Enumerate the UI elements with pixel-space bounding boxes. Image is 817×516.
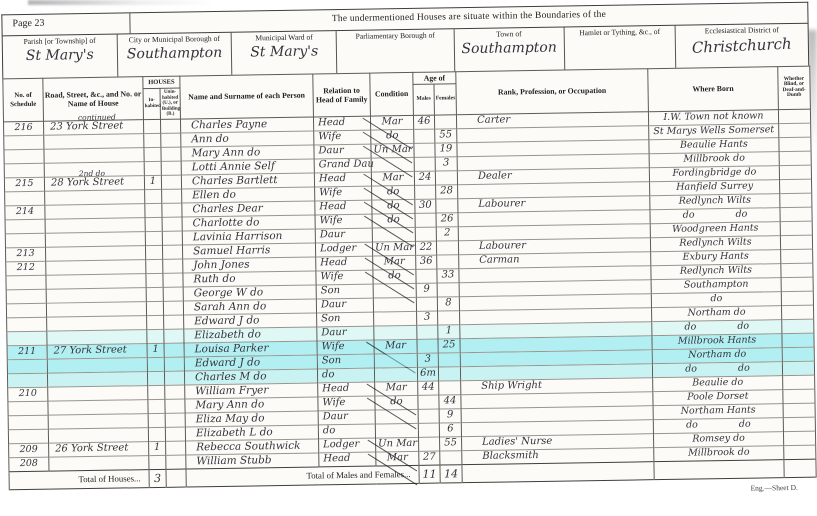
cell-schedule — [7, 373, 47, 388]
cell-uninhabited — [166, 441, 186, 455]
cell-age-female: 55 — [435, 128, 457, 142]
header-disability: Whether Blind, or Deaf-and-Dumb — [778, 66, 811, 109]
cell-condition — [372, 227, 415, 242]
field-municipal-ward: Municipal Ward of St Mary's — [232, 31, 337, 75]
cell-inhabited: 1 — [144, 175, 161, 189]
cell-disability — [781, 249, 813, 264]
cell-condition: Mar — [374, 339, 417, 354]
cell-condition — [374, 367, 417, 382]
field-municipal-borough: City or Municipal Borough of Southampton — [117, 33, 232, 77]
cell-uninhabited — [162, 231, 182, 245]
cell-schedule — [5, 219, 45, 234]
cell-schedule — [8, 429, 48, 444]
cell-age-female: 3 — [435, 156, 457, 170]
cell-disability — [779, 151, 811, 166]
cell-inhabited — [146, 301, 163, 315]
field-label: Town of — [455, 30, 564, 40]
cell-disability — [779, 123, 811, 138]
header-condition: Condition — [370, 72, 414, 115]
cell-condition: do — [372, 213, 415, 228]
cell-condition: Un Mar — [376, 437, 419, 452]
header-inhabited: In-habited — [143, 88, 160, 119]
cell-age-male — [419, 437, 440, 451]
cell-age-female — [438, 352, 460, 366]
cell-disability — [781, 263, 813, 278]
cell-inhabited — [145, 189, 162, 203]
cell-age-male — [414, 129, 435, 143]
cell-condition: Mar — [376, 451, 419, 466]
cell-age-male — [414, 143, 435, 157]
cell-schedule — [6, 275, 46, 290]
cell-relation: Wife — [315, 186, 372, 201]
cell-uninhabited — [164, 343, 184, 357]
cell-schedule: 215 — [4, 177, 44, 192]
cell-uninhabited — [162, 245, 182, 259]
cell-age-male: 9 — [416, 283, 437, 297]
total-houses-label: Total of Houses... — [9, 469, 149, 489]
cell-age-male: 3 — [417, 353, 438, 367]
cell-uninhabited — [163, 273, 183, 287]
census-rows: 21623 York StreetcontinuedCharles PayneH… — [3, 109, 815, 472]
total-males-value: 11 — [419, 465, 440, 483]
cell-age-female — [440, 450, 462, 464]
cell-schedule — [6, 303, 46, 318]
cell-age-male: 6m — [417, 367, 438, 381]
cell-condition — [375, 423, 418, 438]
cell-inhabited — [147, 329, 164, 343]
empty-cell — [784, 459, 816, 478]
cell-disability — [784, 445, 816, 460]
cell-schedule — [7, 359, 47, 374]
cell-uninhabited — [163, 259, 183, 273]
field-value: Southampton — [118, 44, 232, 62]
cell-disability — [783, 375, 815, 390]
cell-schedule — [8, 415, 48, 430]
cell-age-female — [435, 170, 457, 184]
cell-schedule — [5, 233, 45, 248]
cell-inhabited — [148, 385, 165, 399]
cell-schedule: 213 — [5, 247, 45, 262]
cell-age-female: 33 — [437, 268, 459, 282]
cell-inhabited — [143, 119, 160, 133]
cell-condition — [374, 353, 417, 368]
house-note: continued — [78, 113, 116, 121]
empty-cell — [166, 469, 186, 487]
cell-inhabited — [145, 217, 162, 231]
header-schedule: No. of Schedule — [3, 78, 44, 121]
field-parish: Parish [or Township] of St Mary's — [3, 35, 118, 79]
field-parliamentary-borough: Parliamentary Borough of — [337, 29, 455, 73]
cell-schedule — [4, 149, 44, 164]
cell-uninhabited — [164, 329, 184, 343]
cell-relation: Head — [315, 200, 372, 215]
cell-relation: do — [318, 424, 375, 439]
cell-condition — [371, 157, 414, 172]
cell-condition — [373, 297, 416, 312]
cell-disability — [779, 137, 811, 152]
cell-uninhabited — [164, 315, 184, 329]
cell-uninhabited — [165, 385, 185, 399]
cell-disability — [780, 207, 812, 222]
cell-condition: Mar — [371, 171, 414, 186]
header-age-females: Females — [434, 84, 456, 115]
cell-disability — [782, 319, 814, 334]
cell-name: William Stubb — [186, 452, 319, 468]
cell-age-male: 27 — [419, 451, 440, 465]
cell-uninhabited — [161, 133, 181, 147]
cell-disability — [781, 291, 813, 306]
total-males-females-label: Total of Males and Females... — [186, 465, 419, 487]
cell-disability — [783, 403, 815, 418]
cell-relation: Wife — [315, 214, 372, 229]
cell-relation: Lodger — [315, 242, 372, 257]
header-relation: Relation to Head of Family — [313, 73, 371, 116]
cell-age-male — [415, 227, 436, 241]
cell-relation: Wife — [316, 270, 373, 285]
cell-age-female: 9 — [439, 408, 461, 422]
total-houses-value: 3 — [149, 469, 166, 487]
cell-uninhabited — [164, 371, 184, 385]
cell-relation: Lodger — [319, 438, 376, 453]
cell-uninhabited — [163, 301, 183, 315]
cell-disability — [780, 235, 812, 250]
cell-inhabited — [147, 357, 164, 371]
cell-uninhabited — [162, 217, 182, 231]
plate-note: Eng.—Sheet D. — [750, 482, 797, 492]
cell-uninhabited — [165, 413, 185, 427]
cell-relation: Head — [314, 172, 371, 187]
cell-age-male — [415, 213, 436, 227]
cell-age-male — [416, 269, 437, 283]
cell-inhabited — [148, 427, 165, 441]
cell-disability — [780, 221, 812, 236]
cell-condition: do — [372, 185, 415, 200]
header-houses-group: HOUSES — [143, 76, 180, 89]
cell-age-male: 44 — [418, 381, 439, 395]
cell-age-female: 28 — [436, 184, 458, 198]
header-age-group: Age of — [413, 72, 456, 85]
cell-schedule — [4, 135, 44, 150]
cell-relation: Son — [317, 354, 374, 369]
cell-condition: Un Mar — [372, 241, 415, 256]
field-value: Southampton — [455, 39, 564, 57]
cell-age-female — [436, 240, 458, 254]
cell-schedule — [8, 401, 48, 416]
cell-uninhabited — [165, 399, 185, 413]
cell-relation: Daur — [314, 144, 371, 159]
cell-age-female: 8 — [437, 296, 459, 310]
cell-relation: Daur — [315, 228, 372, 243]
cell-age-male: 3 — [417, 311, 438, 325]
cell-age-male: 46 — [413, 115, 434, 129]
cell-uninhabited — [164, 357, 184, 371]
cell-uninhabited — [161, 161, 181, 175]
cell-condition: Mar — [373, 255, 416, 270]
field-value: St Mary's — [232, 43, 336, 61]
cell-age-female: 6 — [439, 422, 461, 436]
cell-relation: Wife — [317, 340, 374, 355]
cell-schedule — [4, 163, 44, 178]
field-label: Parish [or Township] of — [3, 37, 117, 47]
cell-age-male — [416, 297, 437, 311]
cell-condition — [373, 283, 416, 298]
cell-age-female: 19 — [435, 142, 457, 156]
cell-disability — [781, 277, 813, 292]
cell-schedule: 214 — [5, 205, 45, 220]
cell-born: Millbrook do — [654, 445, 784, 461]
cell-inhabited: 1 — [149, 441, 166, 455]
cell-uninhabited — [165, 427, 185, 441]
cell-inhabited — [146, 273, 163, 287]
field-label: Hamlet or Tything, &c., of — [564, 28, 675, 38]
empty-cell — [462, 461, 654, 482]
cell-age-female — [437, 254, 459, 268]
field-town: Town of Southampton — [454, 28, 564, 72]
cell-condition: do — [371, 129, 414, 144]
cell-age-male: 30 — [415, 199, 436, 213]
cell-condition: Mar — [375, 381, 418, 396]
cell-age-male: 36 — [416, 255, 437, 269]
cell-disability — [780, 193, 812, 208]
cell-relation: Wife — [318, 396, 375, 411]
cell-age-male — [417, 339, 438, 353]
cell-inhabited — [144, 147, 161, 161]
cell-inhabited — [145, 203, 162, 217]
cell-age-female — [434, 114, 456, 128]
cell-age-male — [417, 325, 438, 339]
cell-schedule — [7, 317, 47, 332]
cell-schedule: 208 — [9, 457, 49, 472]
cell-disability — [779, 179, 811, 194]
cell-age-male — [418, 409, 439, 423]
cell-age-female: 1 — [438, 324, 460, 338]
cell-inhabited — [146, 259, 163, 273]
cell-relation: Grand Dau — [314, 158, 371, 173]
census-table: No. of Schedule Road, Street, &c., and N… — [2, 66, 816, 490]
cell-relation: Head — [313, 116, 370, 131]
cell-schedule — [5, 191, 45, 206]
cell-disability — [783, 389, 815, 404]
field-value: Christchurch — [676, 33, 808, 56]
cell-age-female: 55 — [440, 436, 462, 450]
cell-disability — [778, 109, 810, 124]
census-sheet: Page 23 The undermentioned Houses are si… — [1, 2, 815, 490]
header-uninhabited: Unin-habited (U.), or Building (B.) — [160, 88, 180, 119]
cell-condition: Mar — [370, 115, 413, 130]
cell-age-female — [438, 310, 460, 324]
cell-age-female: 26 — [436, 212, 458, 226]
cell-inhabited — [146, 287, 163, 301]
cell-inhabited — [145, 231, 162, 245]
cell-schedule: 211 — [7, 345, 47, 360]
cell-inhabited — [144, 133, 161, 147]
cell-relation: Head — [318, 382, 375, 397]
cell-inhabited — [148, 399, 165, 413]
cell-relation: Daur — [318, 410, 375, 425]
cell-age-female — [439, 380, 461, 394]
cell-inhabited — [149, 455, 166, 469]
field-label: Municipal Ward of — [232, 33, 336, 43]
field-ecclesiastical-district: Ecclesiastical District of Christchurch — [676, 24, 808, 68]
cell-uninhabited — [166, 455, 186, 469]
cell-condition: do — [373, 269, 416, 284]
cell-condition: do — [375, 395, 418, 410]
cell-age-male — [414, 157, 435, 171]
cell-house — [49, 455, 149, 471]
cell-relation: Daur — [316, 298, 373, 313]
field-label: City or Municipal Borough of — [117, 35, 231, 45]
cell-age-female: 44 — [439, 394, 461, 408]
cell-disability — [783, 431, 815, 446]
header-occupation: Rank, Profession, or Occupation — [456, 69, 649, 115]
total-females-value: 14 — [440, 464, 462, 482]
cell-condition — [374, 325, 417, 340]
cell-age-male — [415, 185, 436, 199]
cell-age-female — [438, 366, 460, 380]
cell-uninhabited — [162, 203, 182, 217]
cell-schedule: 216 — [3, 121, 43, 136]
cell-relation: Wife — [314, 130, 371, 145]
scan-artifact — [28, 0, 218, 5]
cell-disability — [782, 347, 814, 362]
cell-disability — [782, 361, 814, 376]
field-label: Parliamentary Borough of — [337, 31, 454, 41]
cell-uninhabited — [162, 189, 182, 203]
census-scan-page: Page 23 The undermentioned Houses are si… — [0, 0, 817, 516]
cell-disability — [782, 333, 814, 348]
cell-relation: do — [317, 368, 374, 383]
house-note: 2nd do — [79, 169, 105, 176]
cell-age-female: 25 — [438, 338, 460, 352]
cell-age-male — [418, 395, 439, 409]
cell-inhabited: 1 — [147, 343, 164, 357]
cell-relation: Son — [317, 312, 374, 327]
cell-disability — [783, 417, 815, 432]
cell-age-female: 2 — [436, 226, 458, 240]
cell-age-female — [437, 282, 459, 296]
cell-uninhabited — [163, 287, 183, 301]
cell-condition — [375, 409, 418, 424]
cell-relation: Son — [316, 284, 373, 299]
cell-relation: Daur — [317, 326, 374, 341]
cell-condition — [374, 311, 417, 326]
field-value: St Mary's — [3, 46, 117, 64]
cell-schedule — [7, 331, 47, 346]
header-age-males: Males — [413, 84, 434, 115]
cell-schedule: 209 — [9, 443, 49, 458]
header-born: Where Born — [648, 67, 779, 112]
cell-uninhabited — [161, 175, 181, 189]
cell-schedule: 210 — [8, 387, 48, 402]
cell-age-female — [436, 198, 458, 212]
header-name: Name and Surname of each Person — [180, 74, 314, 119]
page-number: Page 23 — [2, 13, 130, 35]
cell-age-male — [418, 423, 439, 437]
cell-inhabited — [147, 315, 164, 329]
cell-relation: Head — [319, 452, 376, 467]
cell-inhabited — [147, 371, 164, 385]
cell-inhabited — [145, 245, 162, 259]
cell-age-male: 24 — [414, 171, 435, 185]
cell-schedule: 212 — [6, 261, 46, 276]
cell-uninhabited — [160, 119, 180, 133]
cell-inhabited — [144, 161, 161, 175]
cell-inhabited — [148, 413, 165, 427]
field-hamlet: Hamlet or Tything, &c., of — [564, 26, 676, 70]
cell-condition: Un Mar — [371, 143, 414, 158]
cell-schedule — [6, 289, 46, 304]
empty-cell — [654, 459, 784, 479]
cell-uninhabited — [161, 147, 181, 161]
cell-age-male: 22 — [415, 241, 436, 255]
cell-disability — [781, 305, 813, 320]
cell-condition: do — [372, 199, 415, 214]
cell-disability — [779, 165, 811, 180]
cell-relation: Head — [316, 256, 373, 271]
